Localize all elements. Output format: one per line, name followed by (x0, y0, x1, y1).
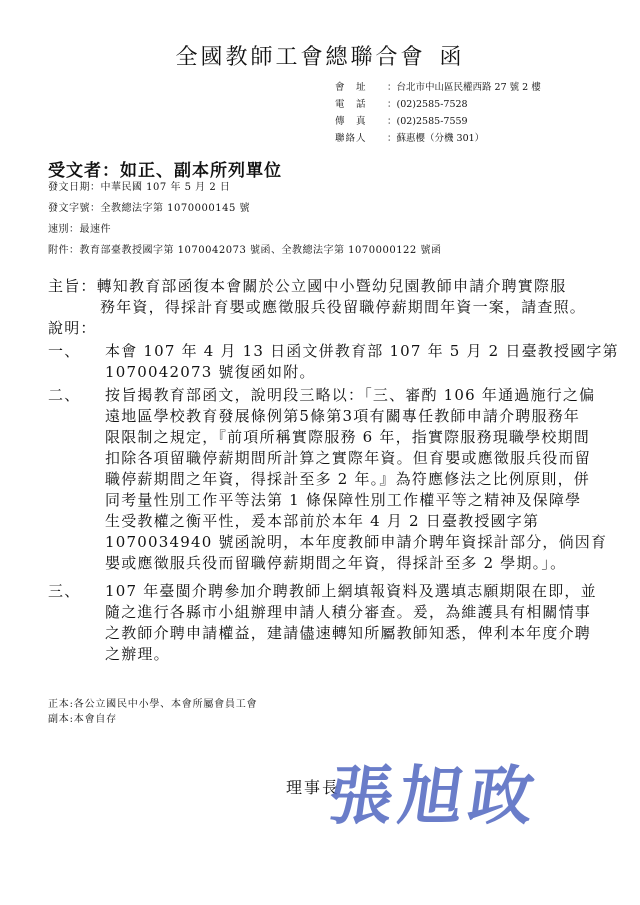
subject-label: 主旨： (48, 277, 97, 295)
attachments: 附件：教育部臺教授國字第 1070042073 號函、全教總法字第 107000… (48, 241, 441, 261)
priority: 速別：最速件 (48, 220, 111, 240)
item-number: 二、 (48, 385, 80, 406)
org-name: 全國教師工會總聯合會 (175, 45, 425, 70)
signature: 張旭政 (324, 745, 547, 837)
doc-type: 函 (440, 45, 465, 70)
contact-address: 會 址：台北市中山區民權西路 27 號 2 樓 (335, 80, 541, 96)
issue-date: 發文日期：中華民國 107 年 5 月 2 日 (48, 178, 230, 198)
copy-recipients: 副本:本會自存 (48, 712, 117, 727)
doc-number: 發文字號：全教總法字第 1070000145 號 (48, 199, 250, 219)
contact-phone: 電 話：(02)2585-7528 (335, 97, 468, 113)
subject-line-1: 主旨：轉知教育部函復本會關於公立國中小暨幼兒園教師申請介聘實際服 (48, 276, 566, 297)
subject-line-2: 務年資，得採計育嬰或應徵服兵役留職停薪期間年資一案，請查照。 (100, 297, 586, 318)
item-number: 三、 (48, 581, 80, 602)
contact-person: 聯絡人：蘇惠櫻（分機 301） (335, 131, 484, 147)
original-recipients: 正本:各公立國民中小學、本會所屬會員工會 (48, 697, 257, 712)
contact-fax: 傳 真：(02)2585-7559 (335, 114, 468, 130)
explanation-label: 說明： (48, 318, 97, 339)
document-title: 全國教師工會總聯合會函 (0, 40, 640, 71)
item-number: 一、 (48, 341, 80, 362)
